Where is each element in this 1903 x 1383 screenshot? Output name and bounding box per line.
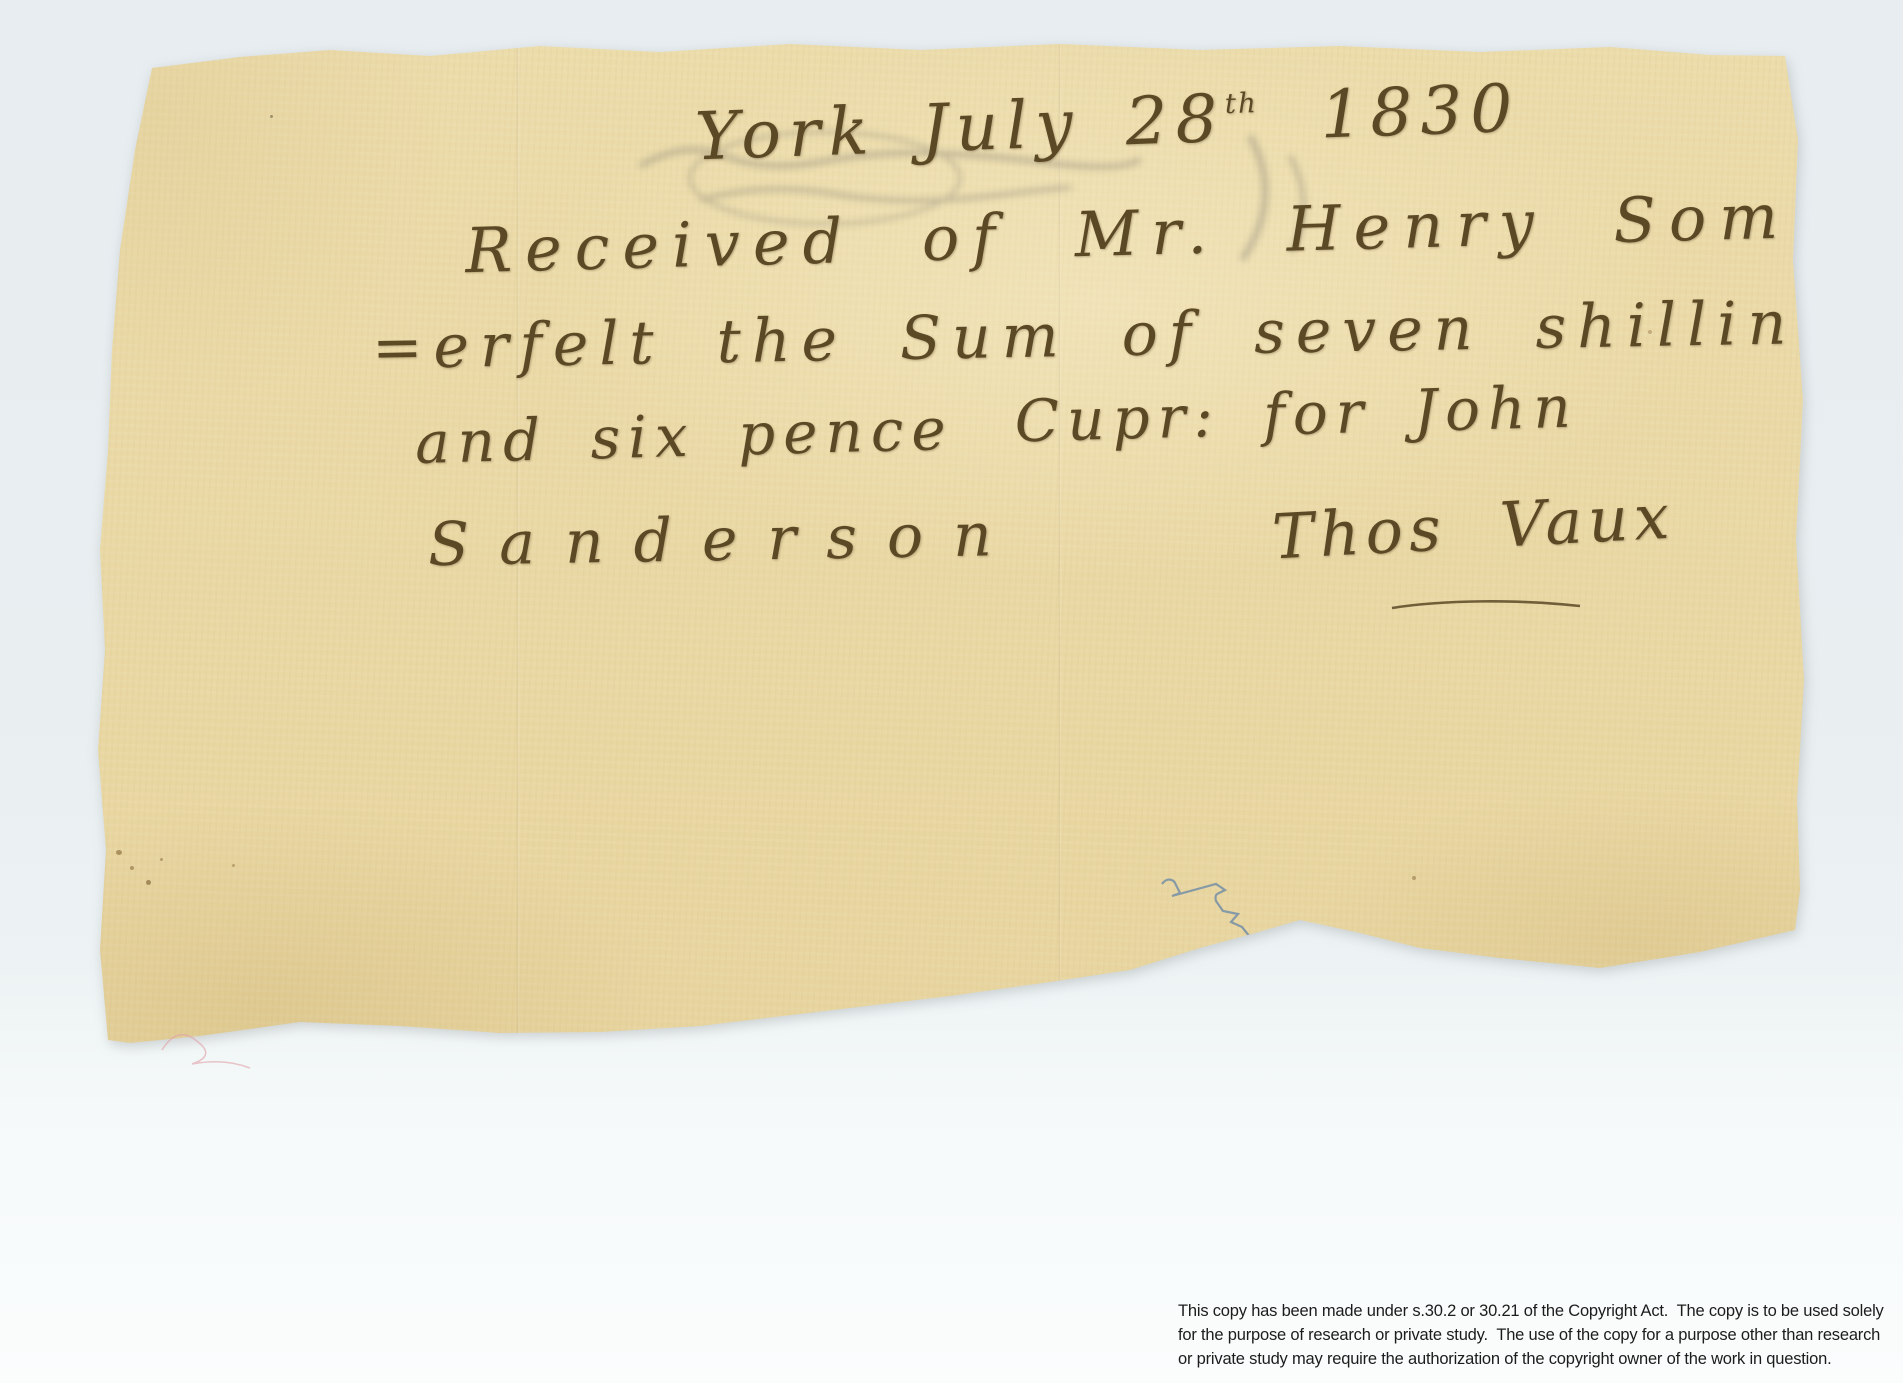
dust-speck: [270, 115, 273, 118]
signature: Thos Vaux: [1270, 480, 1676, 574]
scanned-document-page: York July 28th1830 Received of Mr. Henry…: [0, 0, 1903, 1383]
foxing-speck: [1412, 876, 1416, 880]
pink-pencil-mark: [150, 1008, 270, 1078]
foxing-speck: [116, 850, 122, 855]
copyright-notice-line: or private study may require the authori…: [1178, 1348, 1902, 1372]
copyright-notice-line: This copy has been made under s.30.2 or …: [1178, 1300, 1902, 1324]
body-line-3-left: and six pence: [414, 395, 954, 477]
body-line-3: and six pence Cupr: for John: [414, 395, 954, 477]
receipt-paper: York July 28th1830 Received of Mr. Henry…: [0, 0, 1903, 1383]
dateline-ordinal-suffix: th: [1224, 86, 1258, 120]
signature-flourish: [1390, 598, 1585, 612]
foxing-speck: [130, 866, 134, 870]
foxing-speck: [1648, 330, 1652, 334]
copyright-notice-line: for the purpose of research or private s…: [1178, 1324, 1902, 1348]
blue-pen-mark: [1150, 868, 1290, 958]
dateline-year: 1830: [1319, 70, 1522, 154]
body-line-4: Sanderson: [427, 500, 1022, 580]
receipt-paper-shadow: York July 28th1830 Received of Mr. Henry…: [0, 0, 1903, 1383]
body-line-3-right: Cupr: for John: [1014, 373, 1580, 456]
foxing-speck: [232, 864, 235, 867]
body-line-2: =erfelt the Sum of seven shillings: [372, 287, 1889, 383]
foxing-speck: [160, 858, 163, 861]
foxing-speck: [146, 880, 151, 885]
copyright-notice: This copy has been made under s.30.2 or …: [1178, 1300, 1902, 1371]
